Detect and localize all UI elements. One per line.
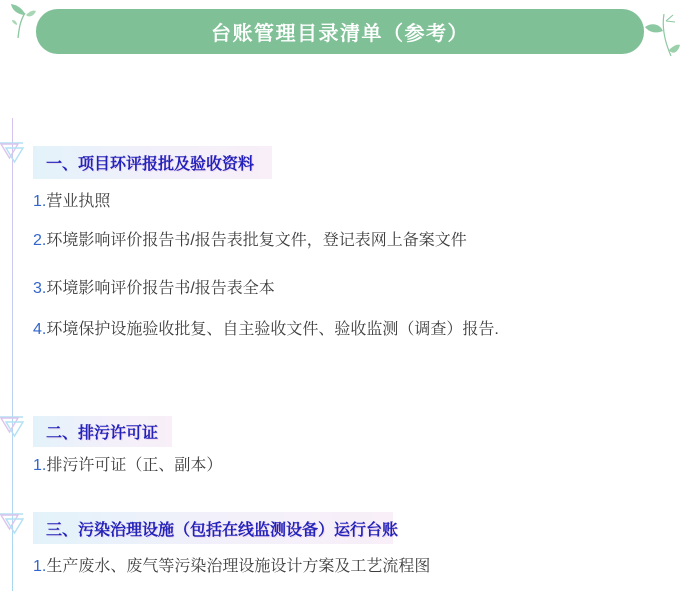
item-number: 4. <box>33 321 46 338</box>
item-number: 1. <box>33 457 46 474</box>
list-item: 1.排污许可证（正、副本） <box>33 456 222 475</box>
item-number: 3. <box>33 280 46 297</box>
banner: 台账管理目录清单（参考） <box>36 9 644 54</box>
list-item: 1.营业执照 <box>33 192 110 211</box>
item-text: 环境影响评价报告书/报告表批复文件，登记表网上备案文件 <box>46 232 466 249</box>
nested-triangles-icon <box>0 510 27 538</box>
item-text: 环境影响评价报告书/报告表全本 <box>46 280 274 297</box>
leaf-branch-icon <box>645 14 680 62</box>
section-heading-3: 三、污染治理设施（包括在线监测设备）运行台账 <box>33 512 393 544</box>
nested-triangles-icon <box>0 139 27 167</box>
nested-triangles-icon <box>0 413 27 441</box>
list-item: 3.环境影响评价报告书/报告表全本 <box>33 279 275 298</box>
section-heading-2: 二、排污许可证 <box>33 416 172 447</box>
sprout-leaf-icon <box>5 3 37 39</box>
list-item: 4.环境保护设施验收批复、自主验收文件、验收监测（调查）报告. <box>33 320 499 339</box>
item-text: 环境保护设施验收批复、自主验收文件、验收监测（调查）报告. <box>46 321 498 338</box>
item-number: 2. <box>33 232 46 249</box>
item-number: 1. <box>33 193 46 210</box>
section-heading-1: 一、项目环评报批及验收资料 <box>33 146 272 179</box>
list-item: 2.环境影响评价报告书/报告表批复文件，登记表网上备案文件 <box>33 231 467 250</box>
list-item: 1.生产废水、废气等污染治理设施设计方案及工艺流程图 <box>33 557 430 576</box>
page-title: 台账管理目录清单（参考） <box>211 17 469 46</box>
item-text: 生产废水、废气等污染治理设施设计方案及工艺流程图 <box>46 558 430 575</box>
item-text: 排污许可证（正、副本） <box>46 457 222 474</box>
page: 台账管理目录清单（参考） 一、项目环评报批及验收资料 1.营业执照 2.环境影响… <box>0 0 680 591</box>
item-text: 营业执照 <box>46 193 110 210</box>
item-number: 1. <box>33 558 46 575</box>
